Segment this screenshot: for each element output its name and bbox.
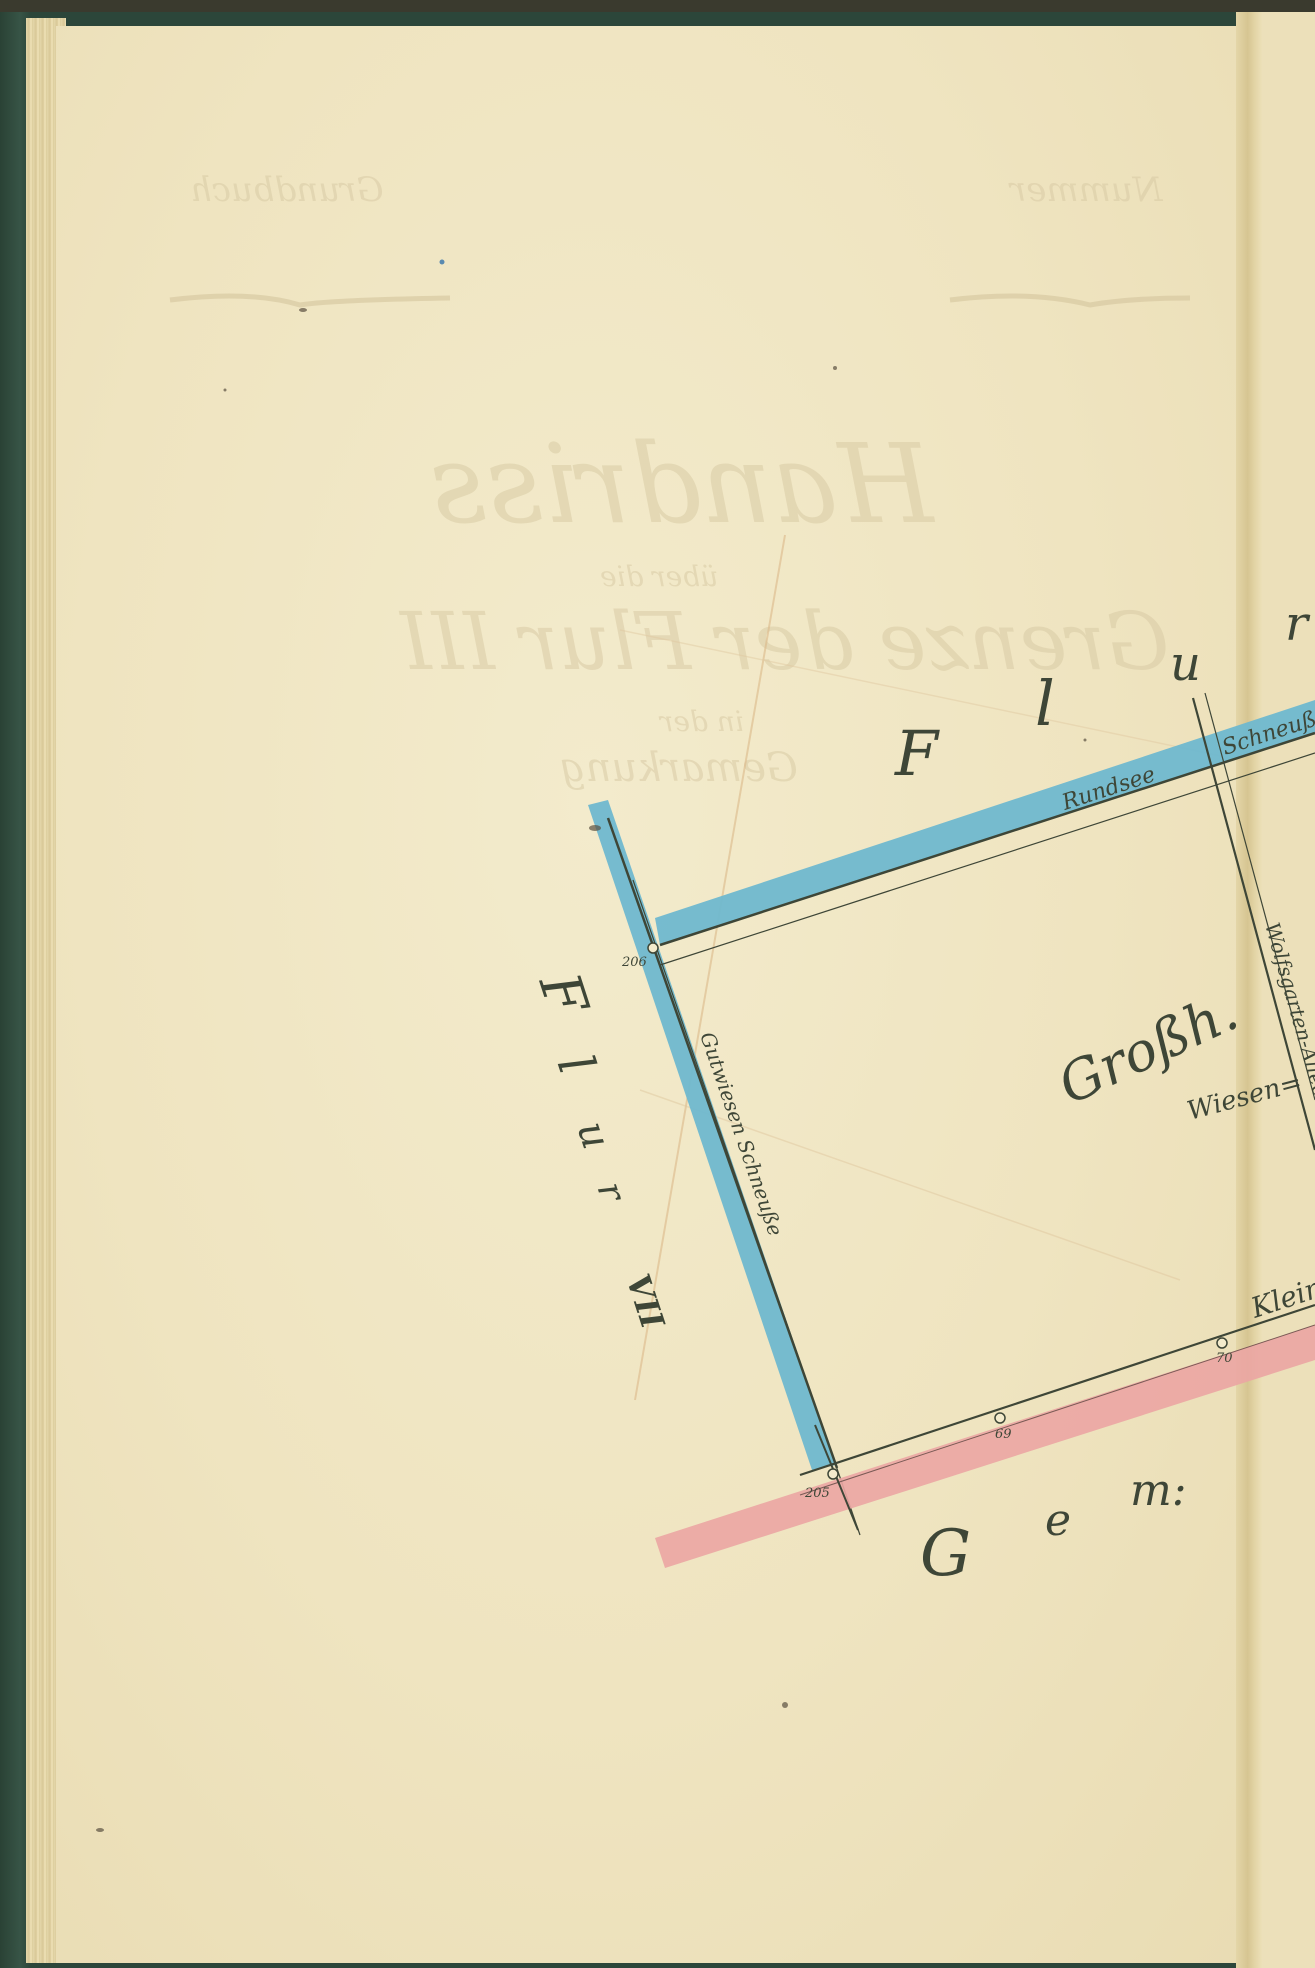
- gem-letter-3: m:: [1130, 1465, 1187, 1516]
- marker-label-206: 206: [621, 955, 647, 970]
- flur-left-letter-4: r: [589, 1177, 634, 1208]
- flur-left-letter-1: F: [526, 965, 601, 1025]
- marker-70: [1217, 1338, 1227, 1348]
- marker-label-69: 69: [995, 1427, 1012, 1442]
- parcel-label-type: Wiesen=: [1184, 1067, 1305, 1126]
- gem-letter-1: G: [920, 1517, 971, 1591]
- flur-top-letter-3: u: [1170, 636, 1201, 692]
- marker-206: [648, 943, 658, 953]
- blue-speck: [440, 260, 445, 265]
- marker-label-205: 205: [804, 1486, 830, 1501]
- road-label-schneusse-top: Schneuße: [1219, 703, 1315, 761]
- flur-top-letter-1: F: [894, 717, 940, 790]
- marker-69: [995, 1413, 1005, 1423]
- flur-top-letter-4: r: [1285, 596, 1311, 652]
- marker-205: [828, 1469, 838, 1479]
- flur-top-letter-2: l: [1035, 667, 1055, 740]
- flur-left-letter-2: l: [546, 1048, 606, 1081]
- pink-boundary-bottom: [655, 1305, 1315, 1568]
- gem-letter-2: e: [1045, 1495, 1071, 1546]
- flur-left-letter-3: u: [568, 1116, 620, 1155]
- cadastral-map: 206 205 69 70 Rundsee Schneuße Gutwiesen…: [0, 0, 1315, 1968]
- blue-boundary-top: [655, 700, 1315, 965]
- road-label-klein: Klein: [1246, 1271, 1315, 1325]
- flur-left-numeral: VII: [619, 1269, 672, 1334]
- marker-label-70: 70: [1216, 1351, 1233, 1366]
- paper-specks: [96, 308, 1087, 1832]
